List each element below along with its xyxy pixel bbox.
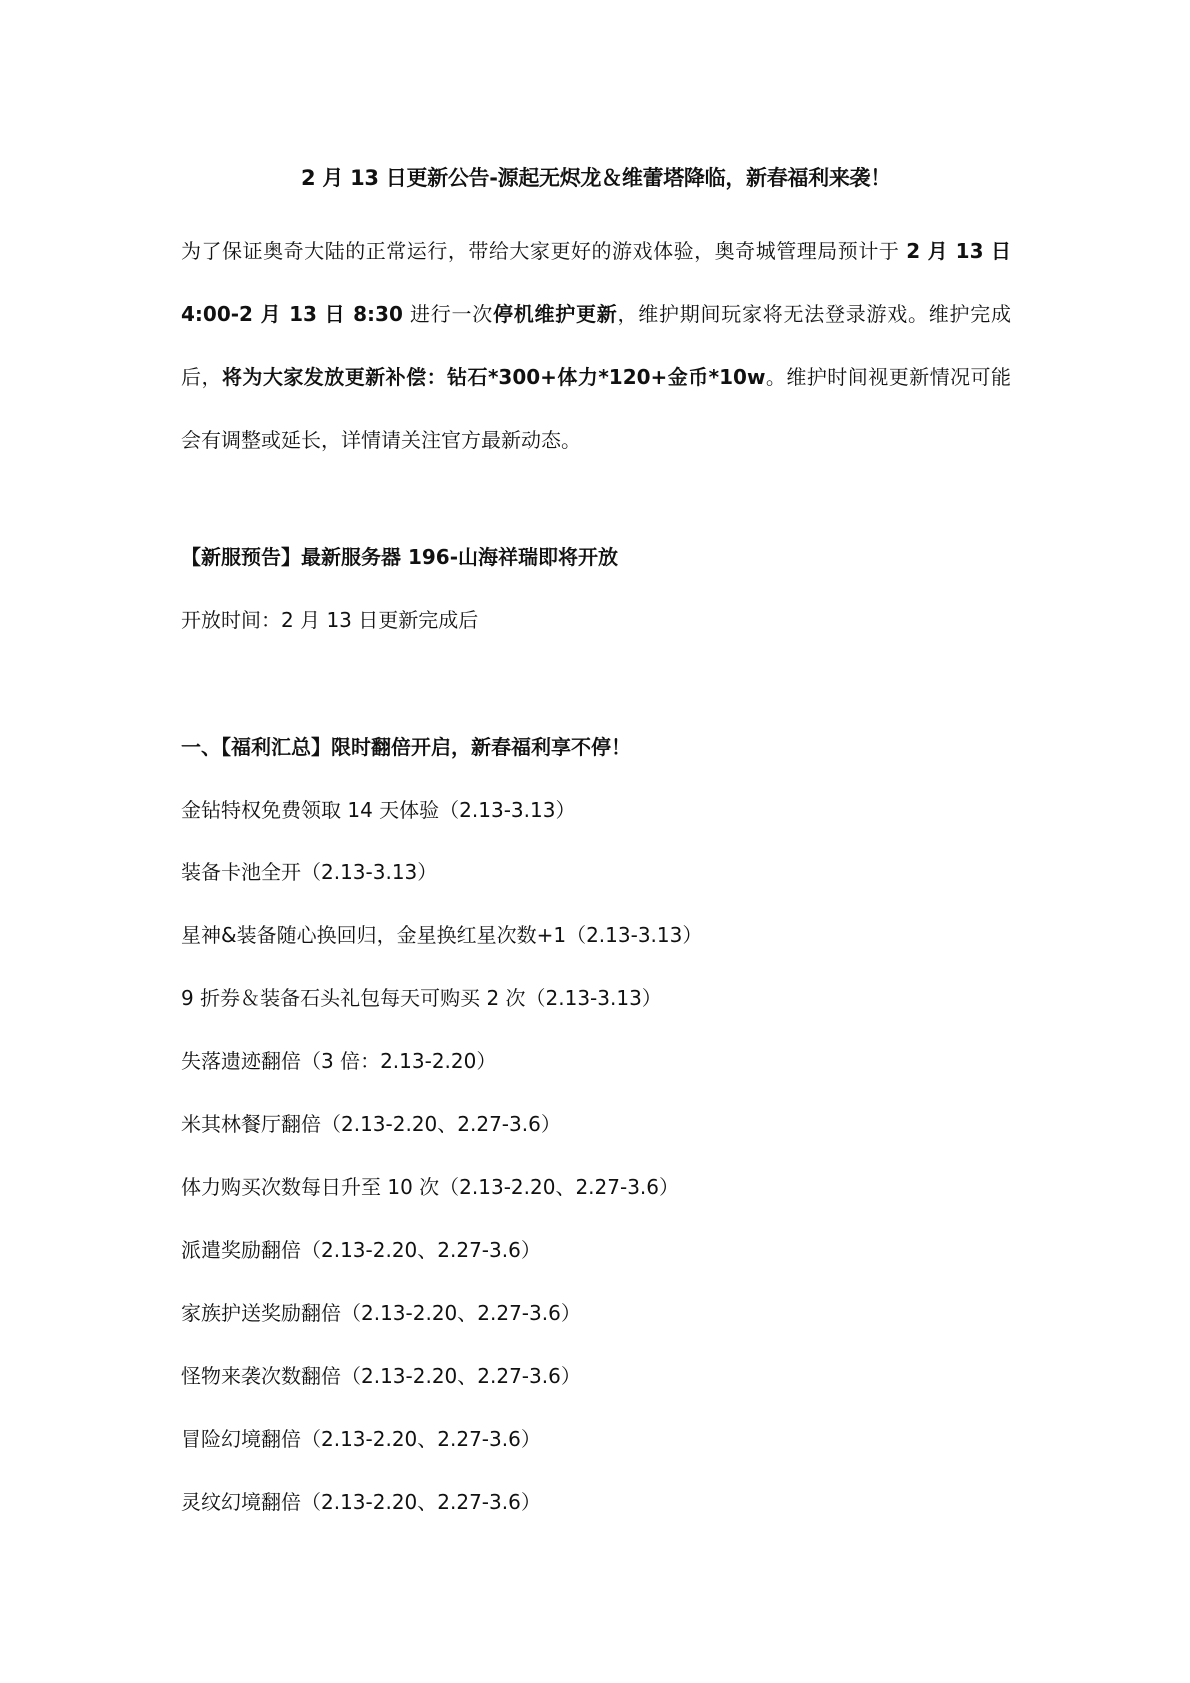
maintenance-date-start: 2 月 13 日: [906, 239, 1011, 263]
welfare-item: 派遣奖励翻倍（2.13-2.20、2.27-3.6）: [181, 1232, 541, 1268]
intro-line-1: 为了保证奥奇大陆的正常运行，带给大家更好的游戏体验，奥奇城管理局预计于 2 月 …: [181, 220, 1011, 283]
welfare-item: 灵纹幻境翻倍（2.13-2.20、2.27-3.6）: [181, 1484, 541, 1520]
intro-text: ，维护期间玩家将无法登录游戏。维护完成: [618, 302, 1012, 326]
welfare-item: 米其林餐厅翻倍（2.13-2.20、2.27-3.6）: [181, 1106, 561, 1142]
welfare-item: 失落遗迹翻倍（3 倍：2.13-2.20）: [181, 1043, 496, 1079]
intro-line-4: 会有调整或延长，详情请关注官方最新动态。: [181, 409, 1011, 472]
welfare-item: 星神&装备随心换回归，金星换红星次数+1（2.13-3.13）: [181, 917, 702, 953]
intro-text: 后，: [181, 365, 222, 389]
intro-line-3: 后，将为大家发放更新补偿：钻石*300+体力*120+金币*10w。维护时间视更…: [181, 346, 1011, 409]
intro-text: 为了保证奥奇大陆的正常运行，带给大家更好的游戏体验，奥奇城管理局预计于: [181, 239, 906, 263]
new-server-open-time: 开放时间：2 月 13 日更新完成后: [181, 602, 478, 638]
welfare-item: 金钻特权免费领取 14 天体验（2.13-3.13）: [181, 792, 575, 828]
intro-text: 。维护时间视更新情况可能: [765, 365, 1011, 389]
welfare-heading: 一、【福利汇总】限时翻倍开启，新春福利享不停！: [181, 729, 631, 765]
welfare-item: 怪物来袭次数翻倍（2.13-2.20、2.27-3.6）: [181, 1358, 581, 1394]
welfare-item: 体力购买次数每日升至 10 次（2.13-2.20、2.27-3.6）: [181, 1169, 679, 1205]
welfare-item: 装备卡池全开（2.13-3.13）: [181, 854, 437, 890]
announcement-title: 2 月 13 日更新公告-源起无烬龙＆维蕾塔降临，新春福利来袭！: [181, 160, 1011, 196]
maintenance-type: 停机维护更新: [493, 302, 618, 326]
compensation-text: 将为大家发放更新补偿：钻石*300+体力*120+金币*10w: [222, 365, 766, 389]
intro-text: 进行一次: [403, 302, 493, 326]
new-server-heading: 【新服预告】最新服务器 196-山海祥瑞即将开放: [181, 539, 618, 575]
maintenance-time-range: 4:00-2 月 13 日 8:30: [181, 302, 403, 326]
welfare-item: 家族护送奖励翻倍（2.13-2.20、2.27-3.6）: [181, 1295, 581, 1331]
welfare-item: 9 折券＆装备石头礼包每天可购买 2 次（2.13-3.13）: [181, 980, 662, 1016]
welfare-item: 冒险幻境翻倍（2.13-2.20、2.27-3.6）: [181, 1421, 541, 1457]
intro-paragraph: 为了保证奥奇大陆的正常运行，带给大家更好的游戏体验，奥奇城管理局预计于 2 月 …: [181, 220, 1011, 472]
intro-line-2: 4:00-2 月 13 日 8:30 进行一次停机维护更新，维护期间玩家将无法登…: [181, 283, 1011, 346]
